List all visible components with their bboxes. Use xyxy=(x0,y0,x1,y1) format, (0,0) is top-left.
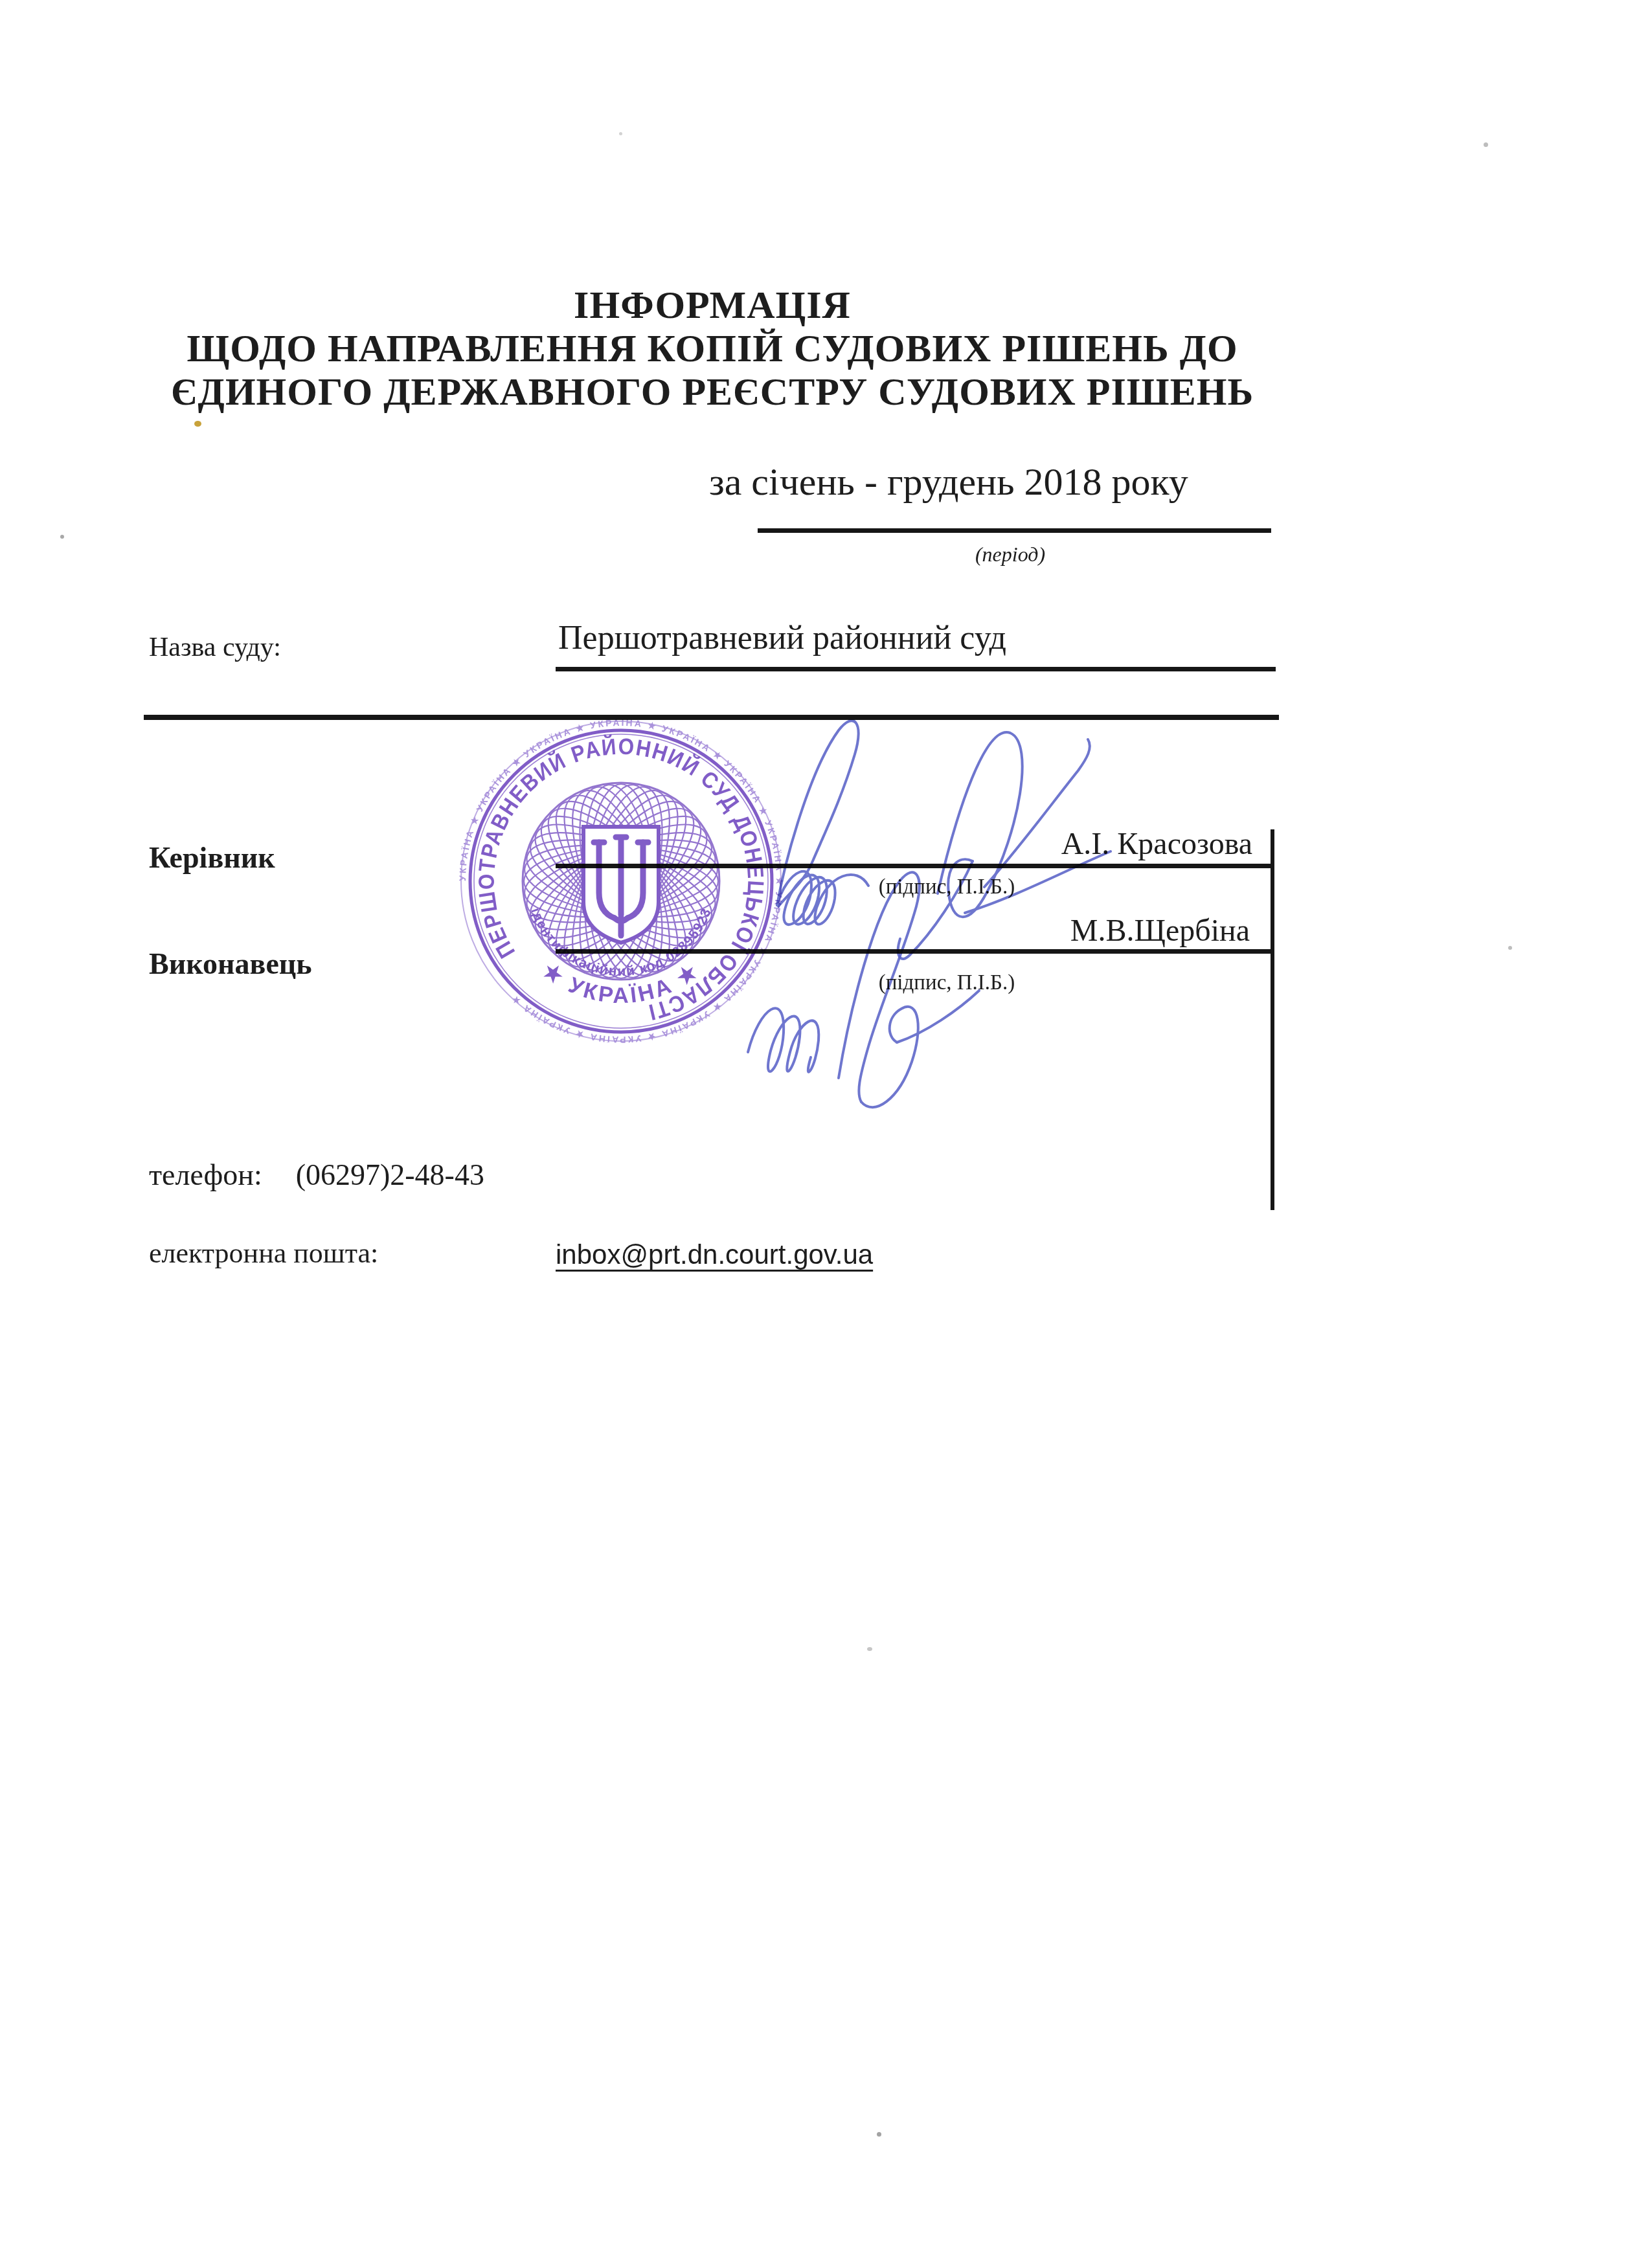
signature-kerivnyk xyxy=(777,721,1111,959)
title-line-2: ЩОДО НАПРАВЛЕННЯ КОПІЙ СУДОВИХ РІШЕНЬ ДО xyxy=(136,327,1289,370)
scanned-document-page: ІНФОРМАЦІЯ ЩОДО НАПРАВЛЕННЯ КОПІЙ СУДОВИ… xyxy=(0,0,1650,2268)
phone-label: телефон: xyxy=(149,1158,262,1191)
signature-vykonavets xyxy=(748,872,979,1107)
court-name-underline xyxy=(556,667,1276,671)
role-label-kerivnyk: Керівник xyxy=(149,840,275,875)
court-name-label: Назва суду: xyxy=(149,632,281,663)
period-caption: (період) xyxy=(913,543,1107,567)
email-label: електронна пошта: xyxy=(149,1237,378,1270)
scan-speck xyxy=(60,535,64,539)
scan-speck xyxy=(877,2132,881,2137)
phone-value: (06297)2-48-43 xyxy=(296,1158,484,1191)
scan-speck xyxy=(1484,142,1488,147)
right-vertical-line xyxy=(1271,829,1274,1210)
title-line-1: ІНФОРМАЦІЯ xyxy=(136,284,1289,327)
scan-speck xyxy=(867,1647,872,1651)
email-value: inbox@prt.dn.court.gov.ua xyxy=(556,1239,873,1270)
stamp-trident-shield xyxy=(583,827,659,943)
title-line-3: ЄДИНОГО ДЕРЖАВНОГО РЕЄСТРУ СУДОВИХ РІШЕН… xyxy=(136,370,1289,414)
period-value: за січень - грудень 2018 року xyxy=(709,460,1188,504)
period-underline xyxy=(758,528,1271,533)
scan-speck xyxy=(1508,946,1512,950)
phone-row: телефон:(06297)2-48-43 xyxy=(149,1158,484,1192)
signatures-overlay xyxy=(680,699,1146,1165)
court-name-value: Першотравневий районний суд xyxy=(558,619,1006,657)
document-title: ІНФОРМАЦІЯ ЩОДО НАПРАВЛЕННЯ КОПІЙ СУДОВИ… xyxy=(136,284,1289,414)
scan-speck xyxy=(194,421,201,427)
scan-speck xyxy=(619,132,622,135)
role-label-vykonavets: Виконавець xyxy=(149,947,312,981)
